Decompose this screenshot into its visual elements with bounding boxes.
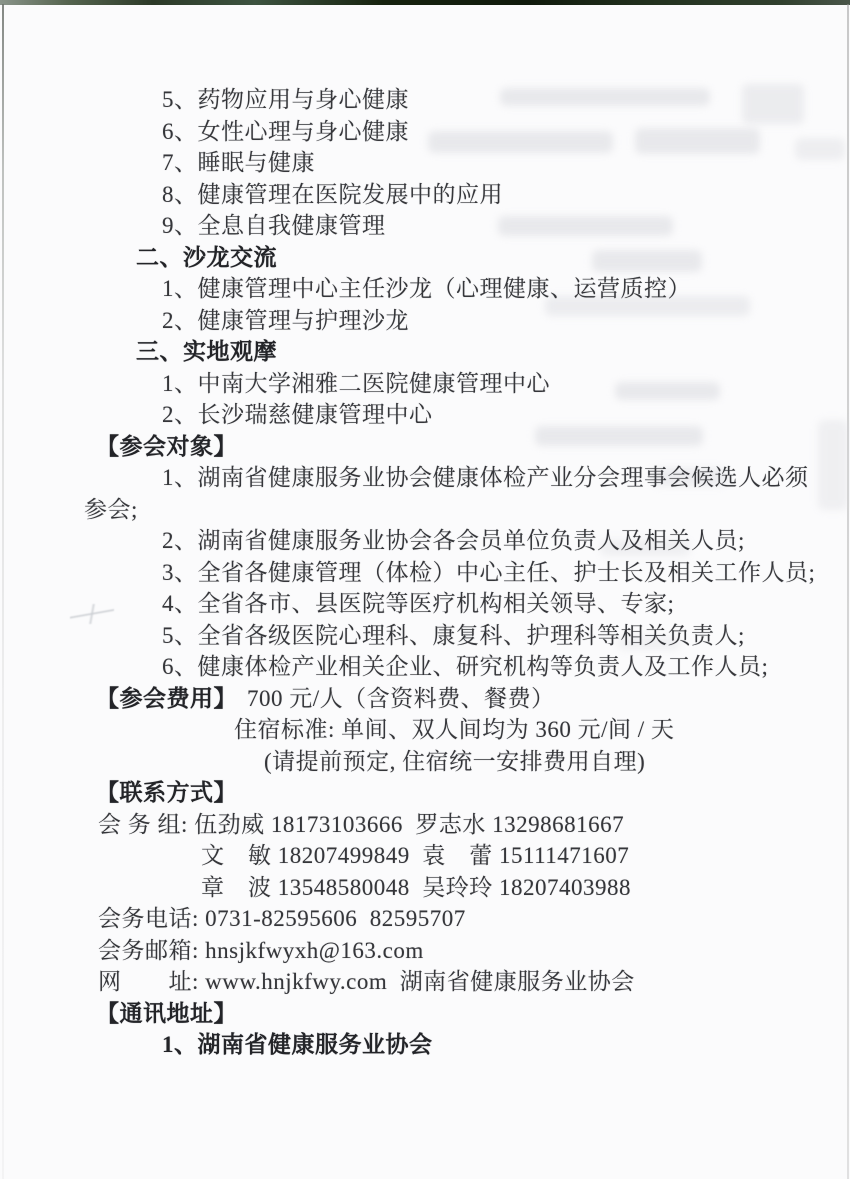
address-item: 1、湖南省健康服务业协会 (162, 1029, 766, 1061)
fee-lodging: 住宿标准: 单间、双人间均为 360 元/间 / 天 (234, 714, 766, 746)
contact-phone-value: 0731-82595606 82595707 (205, 906, 466, 931)
agenda-lecture-item: 6、女性心理与身心健康 (162, 116, 766, 148)
participants-item: 1、湖南省健康服务业协会健康体检产业分会理事会候选人必须 (162, 462, 766, 494)
contact-email-row: 会务邮箱: hnsjkfwyxh@163.com (98, 935, 766, 967)
document-body: 5、药物应用与身心健康 6、女性心理与身心健康 7、睡眠与健康 8、健康管理在医… (0, 0, 850, 1061)
contact-website-value: www.hnjkfwy.com 湖南省健康服务业协会 (205, 969, 635, 994)
participants-item-continuation: 参会; (84, 494, 766, 526)
agenda-lecture-item: 8、健康管理在医院发展中的应用 (162, 179, 766, 211)
contact-email-label: 会务邮箱: (98, 938, 205, 963)
salon-item: 2、健康管理与护理沙龙 (162, 305, 766, 337)
fee-amount: 700 元/人（含资料费、餐费） (247, 686, 555, 711)
agenda-lecture-item: 7、睡眠与健康 (162, 147, 766, 179)
participants-item: 3、全省各健康管理（体检）中心主任、护士长及相关工作人员; (162, 557, 766, 589)
contact-group-label: 会 务 组: (98, 812, 194, 837)
visit-section-heading: 三、实地观摩 (136, 336, 766, 368)
contact-group-row: 会 务 组: 伍劲威 18173103666 罗志水 13298681667 (98, 809, 766, 841)
address-heading: 【通讯地址】 (96, 998, 766, 1030)
participants-heading: 【参会对象】 (96, 431, 766, 463)
contact-group-row: 章 波 13548580048 吴玲玲 18207403988 (201, 872, 766, 904)
visit-item: 1、中南大学湘雅二医院健康管理中心 (162, 368, 766, 400)
fee-note: (请提前预定, 住宿统一安排费用自理) (264, 746, 766, 778)
contact-email-value: hnsjkfwyxh@163.com (205, 938, 424, 963)
scanned-document-page: 5、药物应用与身心健康 6、女性心理与身心健康 7、睡眠与健康 8、健康管理在医… (0, 0, 850, 1179)
participants-item: 6、健康体检产业相关企业、研究机构等负责人及工作人员; (162, 651, 766, 683)
participants-item: 4、全省各市、县医院等医疗机构相关领导、专家; (162, 588, 766, 620)
salon-item: 1、健康管理中心主任沙龙（心理健康、运营质控） (162, 273, 766, 305)
salon-section-heading: 二、沙龙交流 (136, 242, 766, 274)
contact-phone-row: 会务电话: 0731-82595606 82595707 (98, 903, 766, 935)
fee-line: 【参会费用】700 元/人（含资料费、餐费） (96, 683, 766, 715)
contact-group-row: 文 敏 18207499849 袁 蕾 15111471607 (201, 840, 766, 872)
contact-website-label: 网 址: (98, 969, 205, 994)
agenda-lecture-item: 5、药物应用与身心健康 (162, 84, 766, 116)
participants-item: 2、湖南省健康服务业协会各会员单位负责人及相关人员; (162, 525, 766, 557)
visit-item: 2、长沙瑞慈健康管理中心 (162, 399, 766, 431)
contact-group-names: 伍劲威 18173103666 罗志水 13298681667 (194, 812, 624, 837)
contact-website-row: 网 址: www.hnjkfwy.com 湖南省健康服务业协会 (98, 966, 766, 998)
agenda-lecture-item: 9、全息自我健康管理 (162, 210, 766, 242)
participants-item: 5、全省各级医院心理科、康复科、护理科等相关负责人; (162, 620, 766, 652)
contact-heading: 【联系方式】 (96, 777, 766, 809)
contact-phone-label: 会务电话: (98, 906, 205, 931)
fee-heading: 【参会费用】 (96, 686, 237, 711)
